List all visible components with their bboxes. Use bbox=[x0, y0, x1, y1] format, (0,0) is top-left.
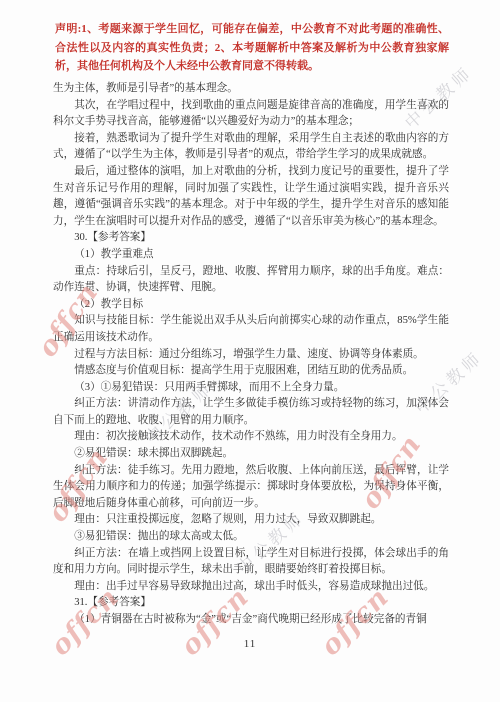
document-page: 声明:1、考题来源于学生回忆，可能存在偏差，中公教育不对此考题的准确性、合法性以… bbox=[0, 0, 500, 702]
paragraph: 其次，在学唱过程中，找到歌曲的重点问题是旋律音高的准确度，用学生喜欢的科尔文手势… bbox=[53, 98, 449, 131]
paragraph: 纠正方法：在墙上或挡网上设置目标，让学生对目标进行投掷，体会球出手的角度和用力方… bbox=[53, 546, 449, 579]
paragraph: 过程与方法目标：通过分组练习，增强学生力量、速度、协调等身体素质。 bbox=[53, 347, 449, 364]
paragraph: （3）①易犯错误：只用两手臂掷球，而用不上全身力量。 bbox=[53, 380, 449, 397]
paragraph: 理由：初次接触该技术动作，技术动作不熟练，用力时没有全身用力。 bbox=[53, 429, 449, 446]
paragraph: （1）青铜器在古时被称为“金”或“吉金”商代晚期已经形成了比较完备的青铜 bbox=[53, 612, 449, 629]
paragraph: 纠正方法：讲清动作方法，让学生多做徒手模仿练习或持轻物的练习，加深体会自下而上的… bbox=[53, 396, 449, 429]
paragraph: 情感态度与价值观目标：提高学生用于克服困难，团结互助的优秀品质。 bbox=[53, 363, 449, 380]
paragraph: （2）教学目标 bbox=[53, 297, 449, 314]
paragraph: 理由：出手过早容易导致球抛出过高，球出手时低头，容易造成球抛出过低。 bbox=[53, 579, 449, 596]
paragraph: 生为主体，教师是引导者”的基本理念。 bbox=[53, 81, 449, 98]
paragraph: 接着，熟悉歌词为了提升学生对歌曲的理解，采用学生自主表述的歌曲内容的方式，遵循了… bbox=[53, 131, 449, 164]
answer-content: 生为主体，教师是引导者”的基本理念。其次，在学唱过程中，找到歌曲的重点问题是旋律… bbox=[53, 81, 449, 629]
paragraph: ②易犯错误：球未掷出双脚跳起。 bbox=[53, 446, 449, 463]
paragraph: 30.【参考答案】 bbox=[53, 230, 449, 247]
paragraph: 知识与技能目标：学生能说出双手从头后向前掷实心球的动作重点，85%学生能正确运用… bbox=[53, 313, 449, 346]
disclaimer-text: 声明:1、考题来源于学生回忆，可能存在偏差，中公教育不对此考题的准确性、合法性以… bbox=[55, 20, 449, 76]
paragraph: 最后，通过整体的演唱，加上对歌曲的分析，找到力度记号的重要性，提升了学生对音乐记… bbox=[53, 164, 449, 230]
paragraph: 重点：持球后引，呈反弓，蹬地、收腹、挥臂用力顺序，球的出手角度。难点：动作连贯、… bbox=[53, 264, 449, 297]
page-number: 11 bbox=[0, 638, 500, 650]
paragraph: ③易犯错误：抛出的球太高或太低。 bbox=[53, 529, 449, 546]
paragraph: （1）教学重难点 bbox=[53, 247, 449, 264]
paragraph: 理由：只注重投掷远度，忽略了规则，用力过大，导致双脚跳起。 bbox=[53, 512, 449, 529]
paragraph: 纠正方法：徒手练习。先用力蹬地，然后收腹、上体向前压送，最后挥臂，让学生体会用力… bbox=[53, 463, 449, 513]
paragraph: 31.【参考答案】 bbox=[53, 595, 449, 612]
